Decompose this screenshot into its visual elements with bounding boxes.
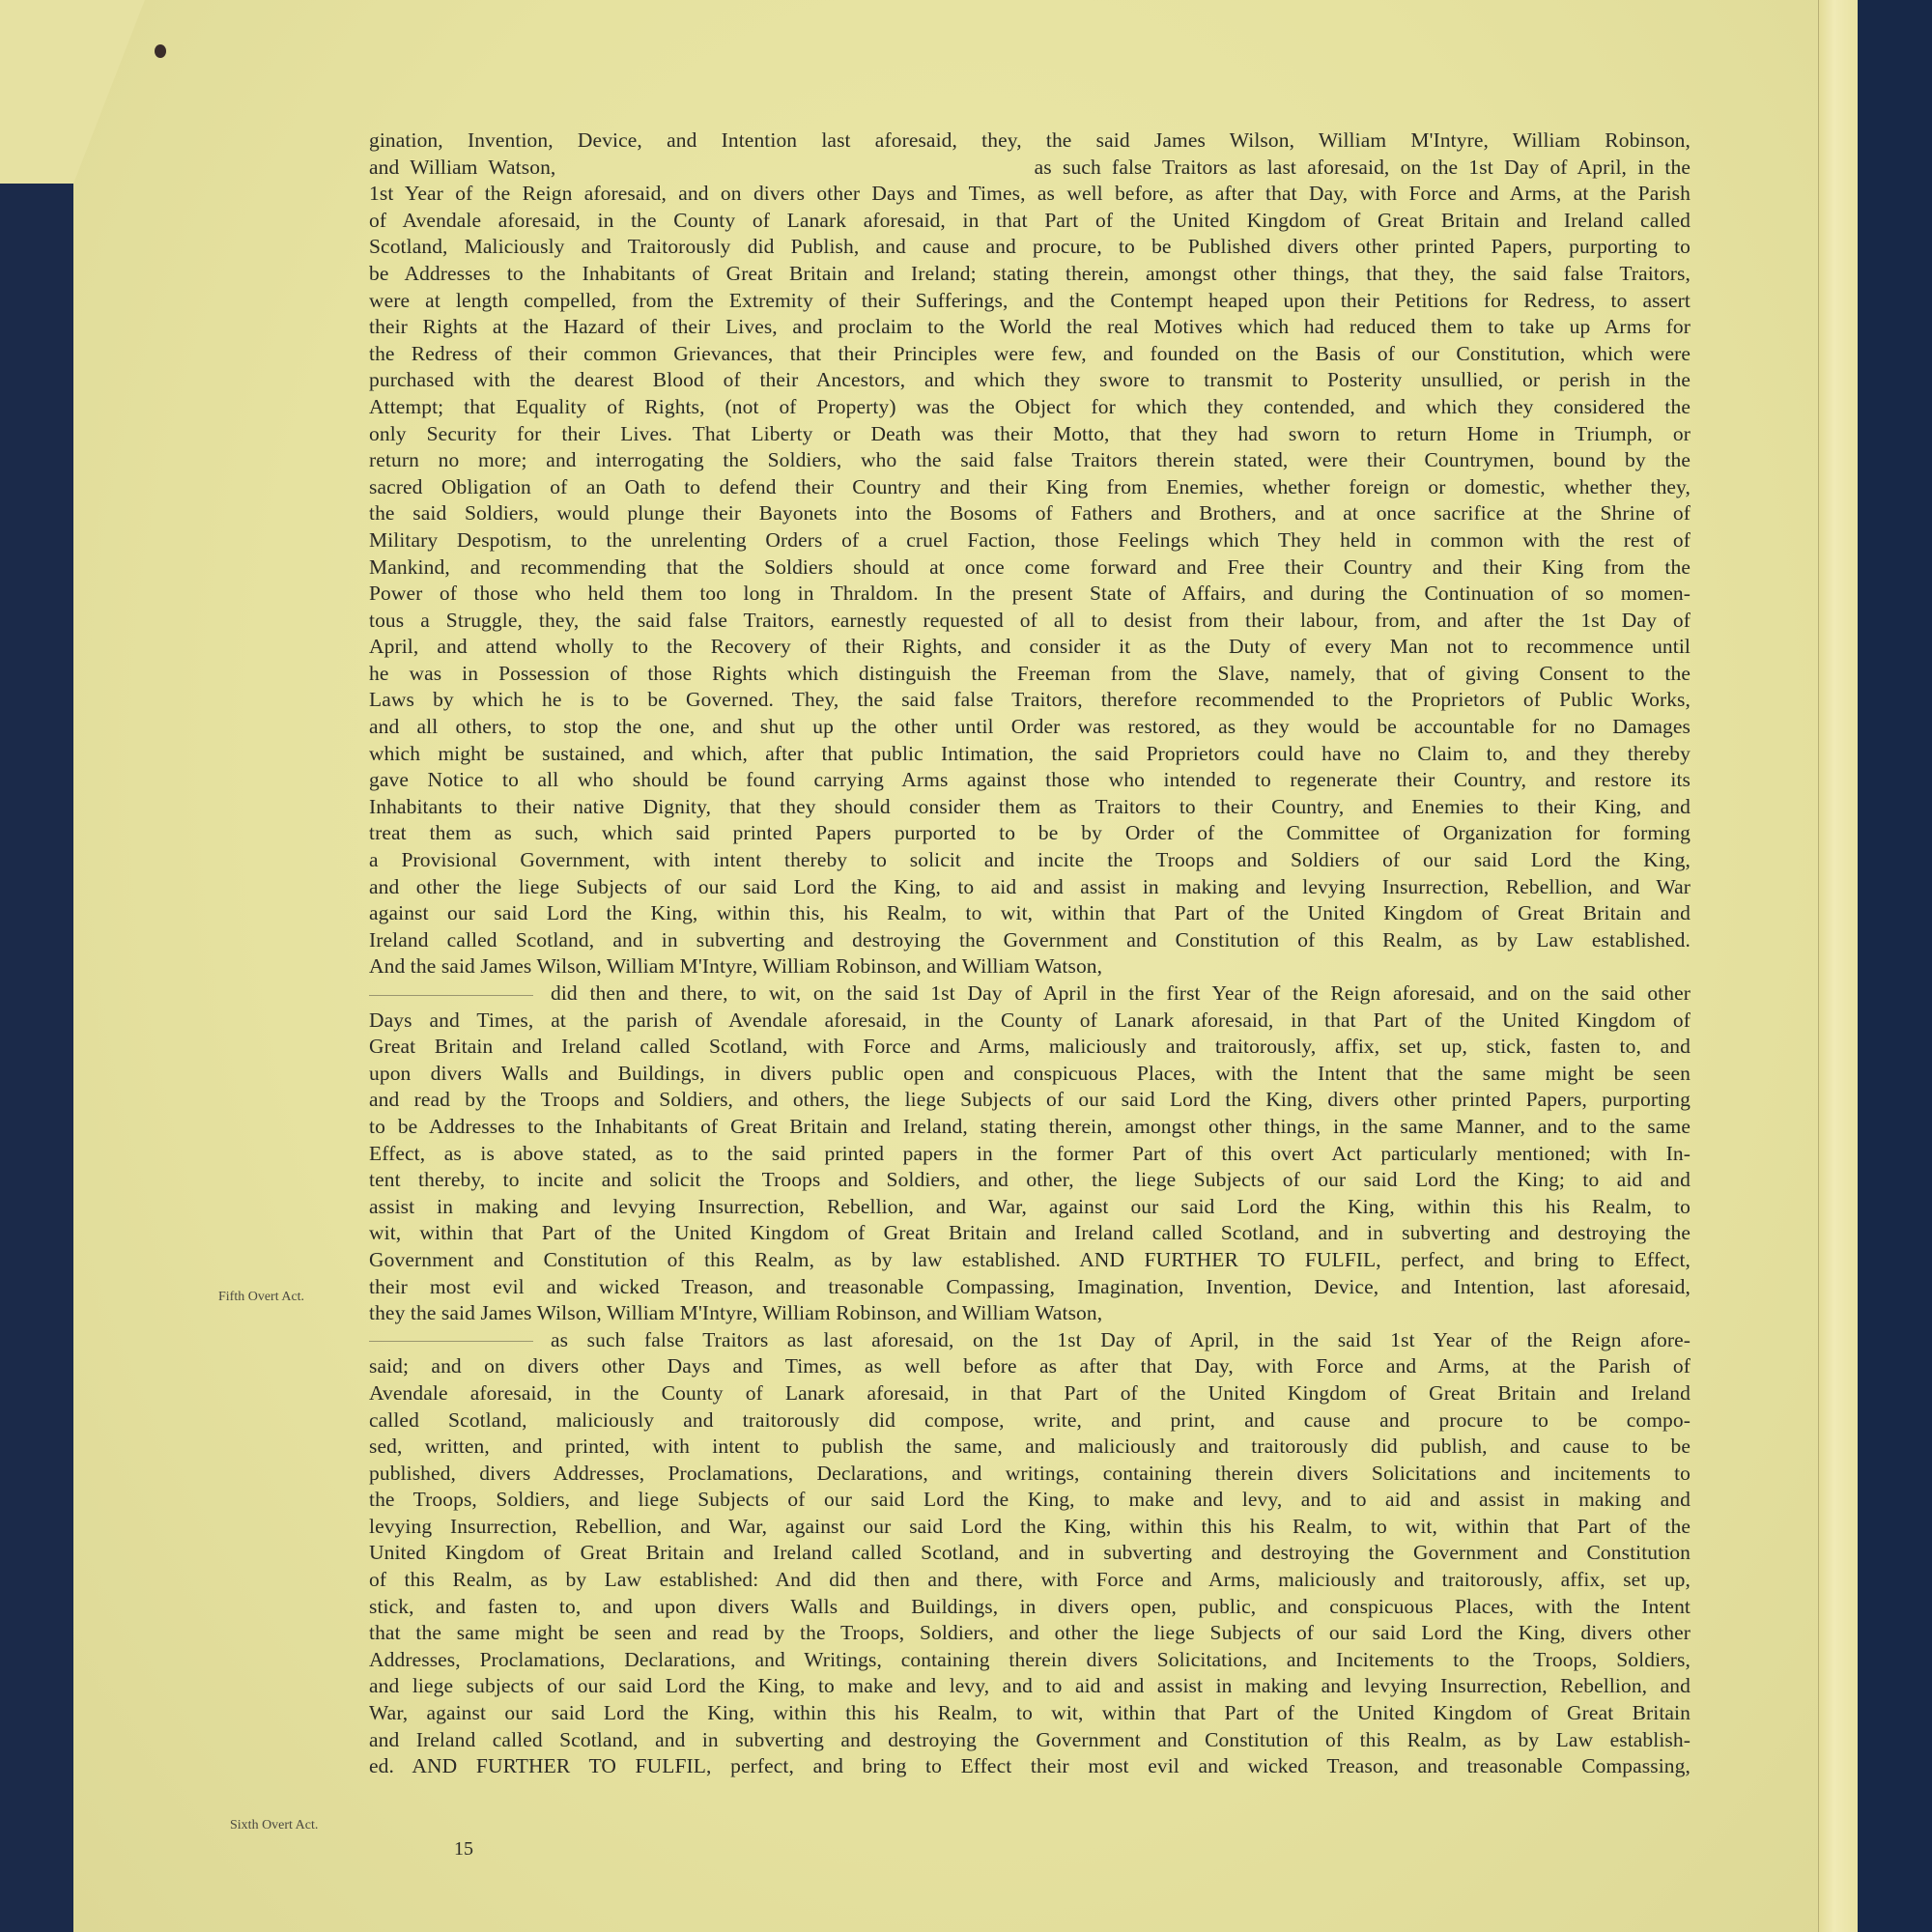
text-line: and all others, to stop the one, and shu… <box>369 714 1690 741</box>
text-line: United Kingdom of Great Britain and Irel… <box>369 1540 1690 1567</box>
text-line: published, divers Addresses, Proclamatio… <box>369 1461 1690 1488</box>
text-line-with-rule: did then and there, to wit, on the said … <box>369 980 1690 1008</box>
blank-rule <box>369 1341 533 1342</box>
text-line: levying Insurrection, Rebellion, and War… <box>369 1514 1690 1541</box>
text-line: be Addresses to the Inhabitants of Great… <box>369 261 1690 288</box>
text-line: their most evil and wicked Treason, and … <box>369 1274 1690 1301</box>
text-line: of this Realm, as by Law established: An… <box>369 1567 1690 1594</box>
text-line: and William Watson, as such false Traito… <box>369 155 1690 182</box>
text-line: that the same might be seen and read by … <box>369 1620 1690 1647</box>
scan-backdrop-left <box>0 0 77 1932</box>
text-line: the said Soldiers, would plunge their Ba… <box>369 500 1690 527</box>
text-line: treat them as such, which said printed P… <box>369 820 1690 847</box>
text-line: purchased with the dearest Blood of thei… <box>369 367 1690 394</box>
text-line: and Ireland called Scotland, and in subv… <box>369 1727 1690 1754</box>
text-line: Avendale aforesaid, in the County of Lan… <box>369 1380 1690 1407</box>
text-line: Power of those who held them too long in… <box>369 581 1690 608</box>
text-line: and read by the Troops and Soldiers, and… <box>369 1087 1690 1114</box>
margin-note-sixth-overt-act: Sixth Overt Act. <box>230 1818 318 1833</box>
text-line: and liege subjects of our said Lord the … <box>369 1673 1690 1700</box>
text-line-with-rule: as such false Traitors as last aforesaid… <box>369 1327 1690 1354</box>
text-line: as such false Traitors as last aforesaid… <box>551 1328 1690 1351</box>
text-line: gave Notice to all who should be found c… <box>369 767 1690 794</box>
text-line: return no more; and interrogating the So… <box>369 447 1690 474</box>
text-line: Addresses, Proclamations, Declarations, … <box>369 1647 1690 1674</box>
text-line: upon divers Walls and Buildings, in dive… <box>369 1061 1690 1088</box>
text-line: a Provisional Government, with intent th… <box>369 847 1690 874</box>
text-line: War, against our said Lord the King, wit… <box>369 1700 1690 1727</box>
scan-backdrop-right <box>1853 0 1932 1932</box>
text-line: Days and Times, at the parish of Avendal… <box>369 1008 1690 1035</box>
text-line: and other the liege Subjects of our said… <box>369 874 1690 901</box>
text-line: Laws by which he is to be Governed. They… <box>369 687 1690 714</box>
binding-hole <box>155 44 166 58</box>
text-line: they the said James Wilson, William M'In… <box>369 1300 1690 1327</box>
text-line: ed. AND FURTHER TO FULFIL, perfect, and … <box>369 1753 1690 1780</box>
text-line: he was in Possession of those Rights whi… <box>369 661 1690 688</box>
text-line: stick, and fasten to, and upon divers Wa… <box>369 1594 1690 1621</box>
page-number: 15 <box>454 1838 473 1861</box>
text-line: 1st Year of the Reign aforesaid, and on … <box>369 181 1690 208</box>
text-line: Scotland, Maliciously and Traitorously d… <box>369 234 1690 261</box>
text-line: Mankind, and recommending that the Soldi… <box>369 554 1690 582</box>
document-body: gination, Invention, Device, and Intenti… <box>369 128 1690 1780</box>
text-line: said; and on divers other Days and Times… <box>369 1353 1690 1380</box>
text-line: assist in making and levying Insurrectio… <box>369 1194 1690 1221</box>
text-line: of Avendale aforesaid, in the County of … <box>369 208 1690 235</box>
text-line: to be Addresses to the Inhabitants of Gr… <box>369 1114 1690 1141</box>
text-line: Attempt; that Equality of Rights, (not o… <box>369 394 1690 421</box>
text-line: the Troops, Soldiers, and liege Subjects… <box>369 1487 1690 1514</box>
text-line: And the said James Wilson, William M'Int… <box>369 953 1690 980</box>
text-line: Inhabitants to their native Dignity, tha… <box>369 794 1690 821</box>
text-line: which might be sustained, and which, aft… <box>369 741 1690 768</box>
text-line: tent thereby, to incite and solicit the … <box>369 1167 1690 1194</box>
text-line: tous a Struggle, they, the said false Tr… <box>369 608 1690 635</box>
text-line: Military Despotism, to the unrelenting O… <box>369 527 1690 554</box>
text-line: were at length compelled, from the Extre… <box>369 288 1690 315</box>
page-fold-edge <box>1818 0 1858 1932</box>
text-line: did then and there, to wit, on the said … <box>551 981 1690 1005</box>
margin-note-fifth-overt-act: Fifth Overt Act. <box>218 1290 304 1305</box>
text-line: called Scotland, maliciously and traitor… <box>369 1407 1690 1435</box>
text-line: only Security for their Lives. That Libe… <box>369 421 1690 448</box>
text-line: sacred Obligation of an Oath to defend t… <box>369 474 1690 501</box>
text-line: wit, within that Part of the United King… <box>369 1220 1690 1247</box>
text-line: Effect, as is above stated, as to the sa… <box>369 1141 1690 1168</box>
text-line: Government and Constitution of this Real… <box>369 1247 1690 1274</box>
text-line: sed, written, and printed, with intent t… <box>369 1434 1690 1461</box>
text-line: April, and attend wholly to the Recovery… <box>369 634 1690 661</box>
text-line: their Rights at the Hazard of their Live… <box>369 314 1690 341</box>
text-line: gination, Invention, Device, and Intenti… <box>369 128 1690 155</box>
blank-rule <box>369 995 533 996</box>
text-line: Great Britain and Ireland called Scotlan… <box>369 1034 1690 1061</box>
text-line: against our said Lord the King, within t… <box>369 900 1690 927</box>
text-line: the Redress of their common Grievances, … <box>369 341 1690 368</box>
text-line: Ireland called Scotland, and in subverti… <box>369 927 1690 954</box>
